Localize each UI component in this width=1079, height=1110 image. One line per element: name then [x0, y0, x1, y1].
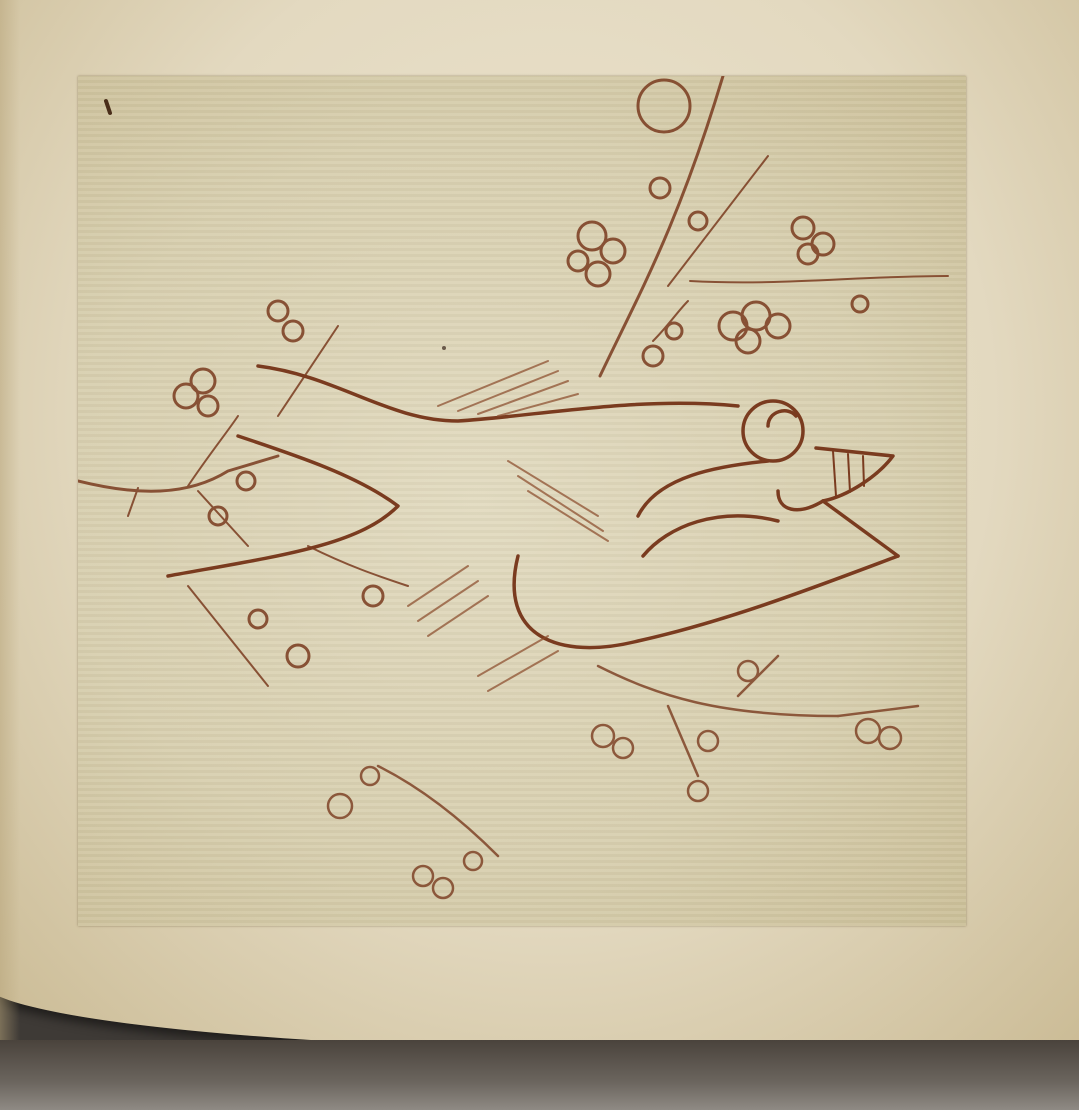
table-surface — [0, 1040, 1079, 1110]
page-edge-shadow — [0, 0, 20, 1040]
fish — [168, 366, 898, 648]
fish-and-plum-blossom-drawing — [78, 76, 966, 926]
bottom-branch — [328, 656, 918, 898]
drawing-sheet — [78, 76, 966, 926]
top-branch — [568, 76, 948, 376]
left-branch — [78, 301, 408, 686]
